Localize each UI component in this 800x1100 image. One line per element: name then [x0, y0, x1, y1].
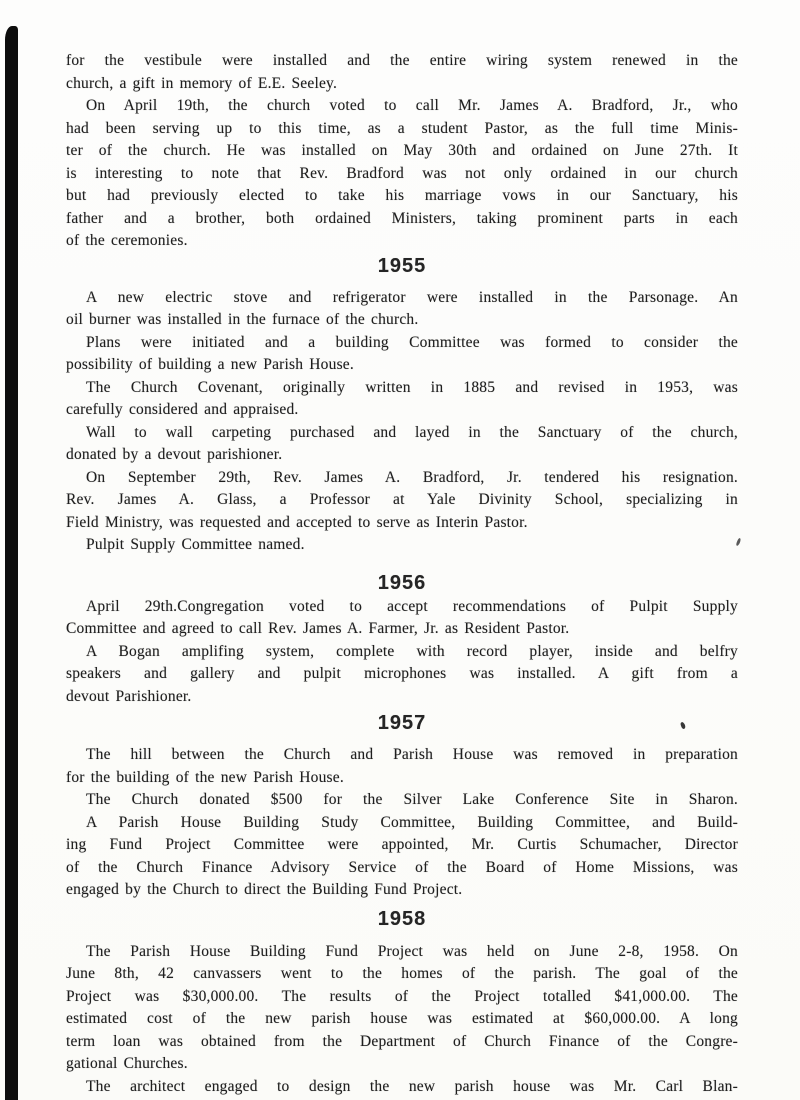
text-line: Field Ministry, was requested and accept… [66, 512, 738, 535]
page-text: for the vestibule were installed and the… [66, 50, 738, 1098]
text-line: The architect engaged to design the new … [66, 1076, 738, 1099]
text-line: June 8th, 42 canvassers went to the home… [66, 963, 738, 986]
text-line: Project was $30,000.00. The results of t… [66, 986, 738, 1009]
text-line: for the vestibule were installed and the… [66, 50, 738, 73]
text-line: devout Parishioner. [66, 686, 738, 709]
text-line: The Church Covenant, originally written … [66, 377, 738, 400]
text-line: Pulpit Supply Committee named. [66, 534, 738, 557]
text-line: The Church donated $500 for the Silver L… [66, 789, 738, 812]
text-line: father and a brother, both ordained Mini… [66, 208, 738, 231]
text-line: Plans were initiated and a building Comm… [66, 332, 738, 355]
text-line: gational Churches. [66, 1053, 738, 1076]
page: for the vestibule were installed and the… [0, 0, 800, 1100]
text-line: for the building of the new Parish House… [66, 767, 738, 790]
scan-gutter-bar [5, 26, 18, 1100]
text-line: The hill between the Church and Parish H… [66, 744, 738, 767]
text-line: ing Fund Project Committee were appointe… [66, 834, 738, 857]
text-line: The Parish House Building Fund Project w… [66, 941, 738, 964]
text-line: speakers and gallery and pulpit micropho… [66, 663, 738, 686]
text-line: A Bogan amplifing system, complete with … [66, 641, 738, 664]
text-line: engaged by the Church to direct the Buil… [66, 879, 738, 902]
text-line: possibility of building a new Parish Hou… [66, 354, 738, 377]
year-heading-1955: 1955 [66, 254, 738, 278]
text-line: of the ceremonies. [66, 230, 738, 253]
text-line: of the Church Finance Advisory Service o… [66, 857, 738, 880]
text-line: estimated cost of the new parish house w… [66, 1008, 738, 1031]
text-line: Committee and agreed to call Rev. James … [66, 618, 738, 641]
year-heading-1958: 1958 [66, 907, 738, 931]
text-line: donated by a devout parishioner. [66, 444, 738, 467]
year-heading-1956: 1956 [66, 571, 738, 595]
text-line: had been serving up to this time, as a s… [66, 118, 738, 141]
text-line: A new electric stove and refrigerator we… [66, 287, 738, 310]
text-line: On September 29th, Rev. James A. Bradfor… [66, 467, 738, 490]
text-line: but had previously elected to take his m… [66, 185, 738, 208]
text-line: is interesting to note that Rev. Bradfor… [66, 163, 738, 186]
text-line: A Parish House Building Study Committee,… [66, 812, 738, 835]
text-line: Rev. James A. Glass, a Professor at Yale… [66, 489, 738, 512]
text-line: On April 19th, the church voted to call … [66, 95, 738, 118]
text-line: April 29th.Congregation voted to accept … [66, 596, 738, 619]
text-line: church, a gift in memory of E.E. Seeley. [66, 73, 738, 96]
text-line: carefully considered and appraised. [66, 399, 738, 422]
year-heading-1957: 1957 [66, 711, 738, 735]
text-line: term loan was obtained from the Departme… [66, 1031, 738, 1054]
text-line: Wall to wall carpeting purchased and lay… [66, 422, 738, 445]
text-line: ter of the church. He was installed on M… [66, 140, 738, 163]
text-line: oil burner was installed in the furnace … [66, 309, 738, 332]
